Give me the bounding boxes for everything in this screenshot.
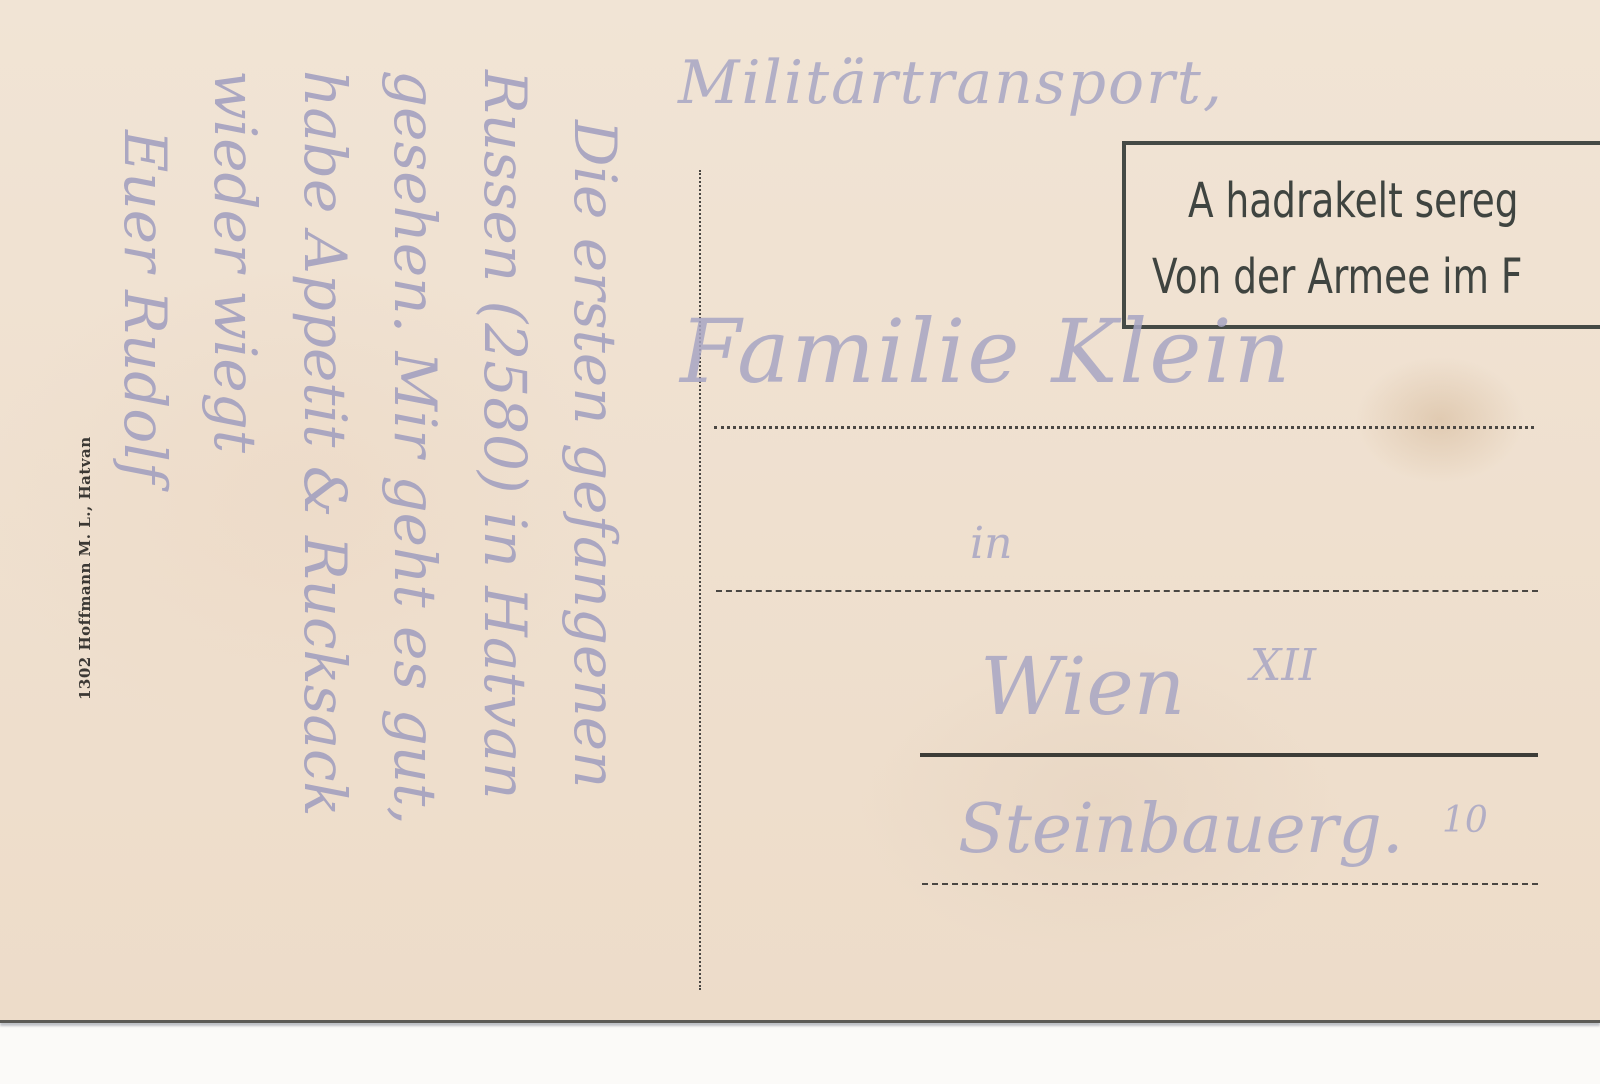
message-line: habe Appetit & Rucksack	[280, 70, 370, 825]
address-line-4	[922, 883, 1538, 885]
address-district: XII	[1250, 640, 1316, 691]
address-recipient: Familie Klein	[680, 300, 1292, 403]
header-note: Militärtransport,	[678, 48, 1224, 118]
center-divider	[699, 170, 701, 990]
stamp-line-german: Von der Armee im F	[1152, 249, 1522, 305]
address-preposition: in	[970, 518, 1012, 569]
address-house-number: 10	[1442, 800, 1488, 841]
signature: Euer Rudolf	[100, 70, 190, 825]
handwritten-message: Die ersten gefangenen Russen (2580) in H…	[100, 70, 640, 825]
message-line: Russen (2580) in Hatvan	[460, 70, 550, 825]
address-street: Steinbauerg.	[958, 790, 1403, 869]
message-line: Die ersten gefangenen	[550, 70, 640, 825]
address-line-1	[714, 426, 1534, 429]
address-line-3	[920, 753, 1538, 757]
address-city: Wien	[980, 640, 1185, 733]
message-line: wieder wiegt	[190, 70, 280, 825]
address-line-2	[716, 590, 1538, 592]
printer-imprint: 1302 Hoffmann M. L., Hatvan	[76, 436, 94, 700]
stamp-line-hungarian: A hadrakelt sereg	[1188, 173, 1519, 229]
postcard: 1302 Hoffmann M. L., Hatvan Die ersten g…	[0, 0, 1600, 1023]
message-line: gesehen. Mir geht es gut,	[370, 70, 460, 825]
